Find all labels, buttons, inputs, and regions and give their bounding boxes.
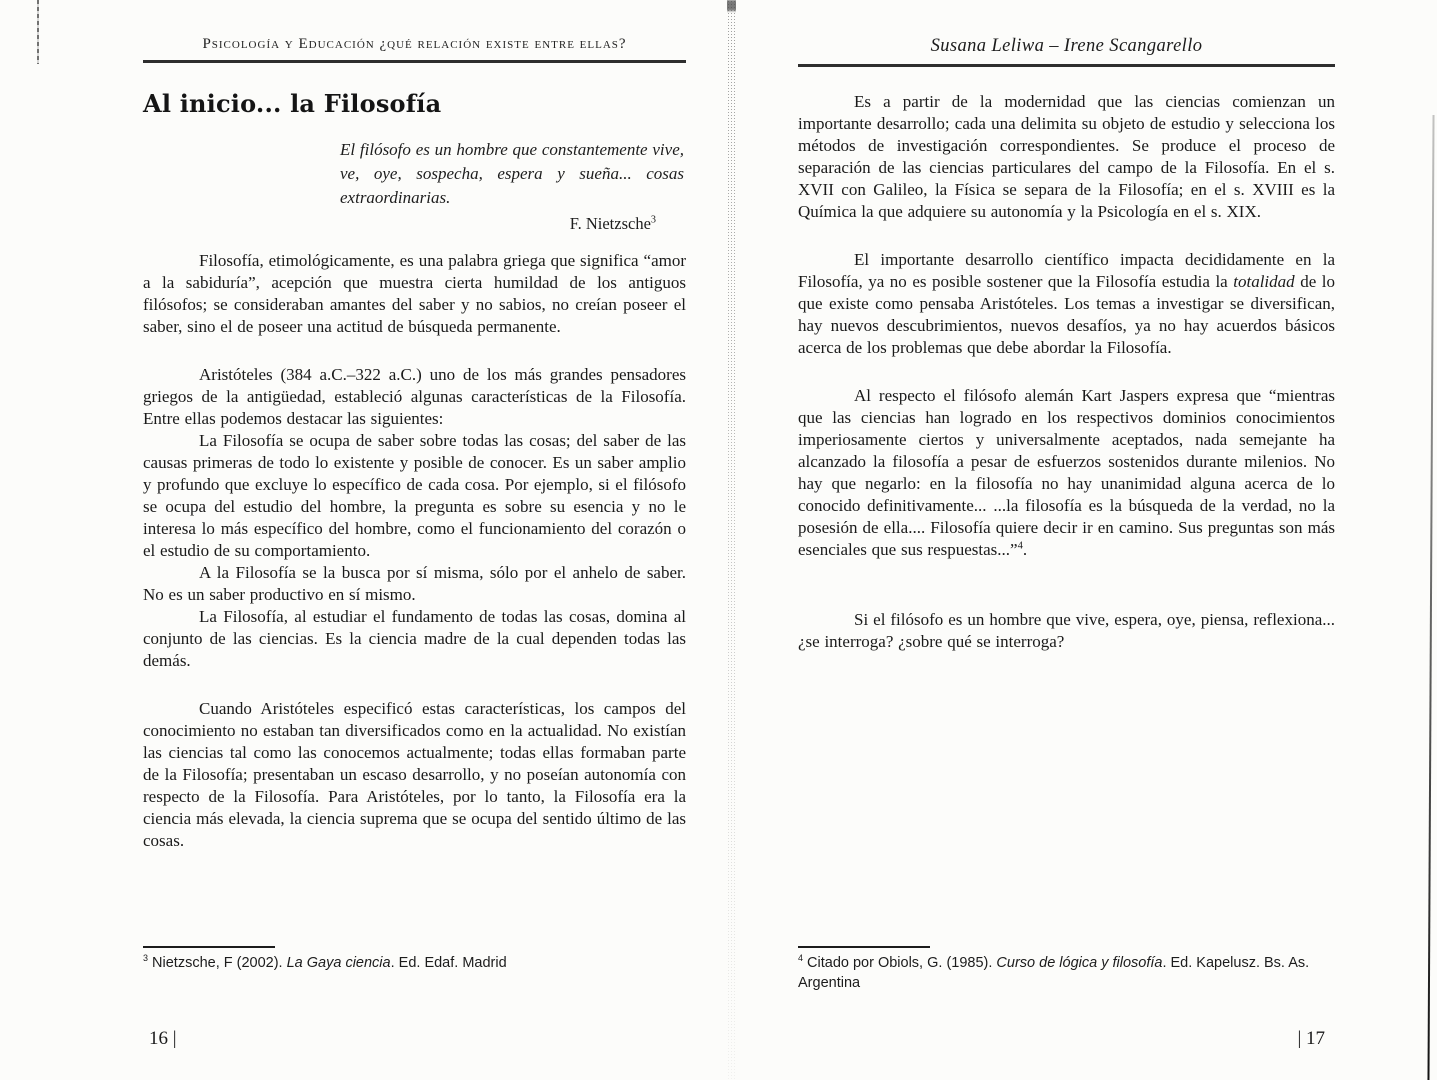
paragraph: A la Filosofía se la busca por sí misma,…: [143, 562, 686, 606]
epigraph-text: El filósofo es un hombre que constanteme…: [340, 138, 684, 210]
paragraph: El importante desarrollo científico impa…: [798, 249, 1335, 359]
page-number-right: | 17: [1297, 1028, 1325, 1050]
left-running-header: Psicología y Educación ¿qué relación exi…: [143, 28, 686, 63]
right-body-text: Es a partir de la modernidad que las cie…: [798, 91, 1335, 653]
footnote-rule: [798, 946, 930, 948]
paragraph: La Filosofía se ocupa de saber sobre tod…: [143, 430, 686, 562]
left-body-text: Filosofía, etimológicamente, es una pala…: [143, 250, 686, 852]
paragraph: Si el filósofo es un hombre que vive, es…: [798, 609, 1335, 653]
left-running-header-text: Psicología y Educación ¿qué relación exi…: [202, 36, 626, 52]
page-right-edge-line: [1427, 115, 1434, 1080]
right-running-header: Susana Leliwa – Irene Scangarello: [798, 28, 1335, 67]
paragraph: Filosofía, etimológicamente, es una pala…: [143, 250, 686, 338]
scan-artifact-left-edge: [37, 0, 39, 64]
section-title: Al inicio... la Filosofía: [143, 89, 686, 118]
left-page: Psicología y Educación ¿qué relación exi…: [143, 28, 686, 1068]
paragraph: Al respecto el filósofo alemán Kart Jasp…: [798, 385, 1335, 561]
epigraph: El filósofo es un hombre que constanteme…: [340, 138, 684, 234]
paragraph: La Filosofía, al estudiar el fundamento …: [143, 606, 686, 672]
page-number-left: 16 |: [149, 1028, 177, 1050]
footnote-text: 3 Nietzsche, F (2002). La Gaya ciencia. …: [143, 953, 686, 973]
paragraph: Es a partir de la modernidad que las cie…: [798, 91, 1335, 223]
right-footnote: 4 Citado por Obiols, G. (1985). Curso de…: [798, 946, 1335, 993]
book-gutter-binding-shadow: [727, 0, 736, 1080]
right-page: Susana Leliwa – Irene Scangarello Es a p…: [798, 28, 1335, 1068]
epigraph-attribution: F. Nietzsche3: [340, 214, 656, 234]
footnote-rule: [143, 946, 275, 948]
left-footnote: 3 Nietzsche, F (2002). La Gaya ciencia. …: [143, 946, 686, 973]
paragraph: Aristóteles (384 a.C.–322 a.C.) uno de l…: [143, 364, 686, 430]
footnote-text: 4 Citado por Obiols, G. (1985). Curso de…: [798, 953, 1335, 993]
right-running-header-text: Susana Leliwa – Irene Scangarello: [931, 36, 1203, 56]
paragraph: Cuando Aristóteles especificó estas cara…: [143, 698, 686, 852]
